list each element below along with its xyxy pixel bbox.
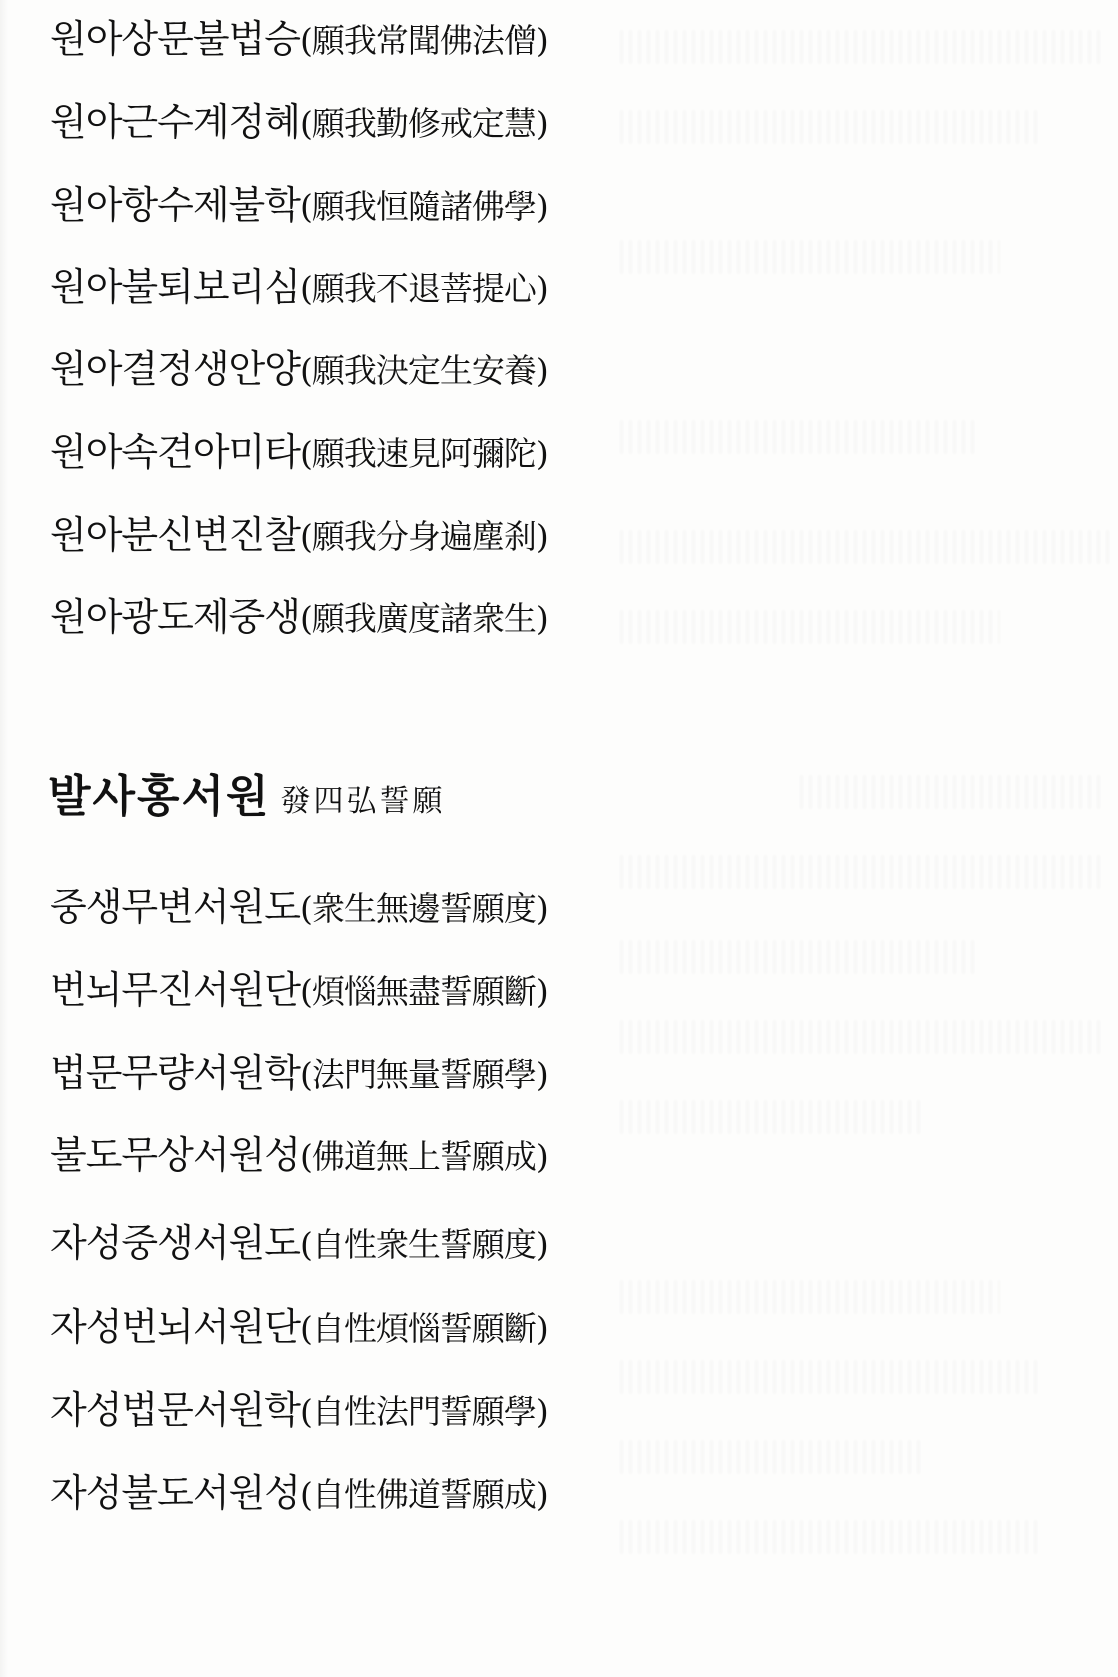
verse-line: 원아항수제불학 (願我恒隨諸佛學) xyxy=(50,186,548,224)
verse-line: 원아속견아미타 (願我速見阿彌陀) xyxy=(50,433,548,471)
verse-hanja: (願我常聞佛法僧) xyxy=(300,24,548,57)
verse-hanja: (願我分身遍塵刹) xyxy=(300,520,548,553)
verse-hanja: (佛道無上誓願成) xyxy=(300,1140,548,1173)
verse-hangul: 원아상문불법승 xyxy=(50,20,300,58)
section-heading: 발사홍서원 發四弘誓願 xyxy=(48,760,446,824)
verse-hanja: (願我勤修戒定慧) xyxy=(300,107,548,140)
verse-hanja: (願我決定生安養) xyxy=(300,354,548,387)
verse-hangul: 번뇌무진서원단 xyxy=(50,971,300,1009)
verse-hangul: 원아결정생안양 xyxy=(50,350,300,388)
verse-line: 원아결정생안양 (願我決定生安養) xyxy=(50,350,548,388)
verse-line: 원아불퇴보리심 (願我不退菩提心) xyxy=(50,268,548,306)
verse-hangul: 원아근수계정혜 xyxy=(50,103,300,141)
verse-line: 법문무량서원학 (法門無量誓願學) xyxy=(50,1054,548,1092)
verse-hangul: 원아속견아미타 xyxy=(50,433,300,471)
verse-hangul: 불도무상서원성 xyxy=(50,1136,300,1174)
verse-hangul: 자성중생서원도 xyxy=(50,1224,300,1262)
verse-hanja: (願我恒隨諸佛學) xyxy=(300,190,548,223)
verse-hangul: 원아항수제불학 xyxy=(50,186,300,224)
document-page: 원아상문불법승 (願我常聞佛法僧) 원아근수계정혜 (願我勤修戒定慧) 원아항수… xyxy=(0,0,1118,1677)
section-title: 발사홍서원 xyxy=(48,760,271,824)
verse-line: 원아분신변진찰 (願我分身遍塵刹) xyxy=(50,516,548,554)
verse-hangul: 자성법문서원학 xyxy=(50,1391,300,1429)
verse-hanja: (自性煩惱誓願斷) xyxy=(300,1312,548,1345)
verse-line: 자성불도서원성 (自性佛道誓願成) xyxy=(50,1474,548,1512)
verse-line: 원아광도제중생 (願我廣度諸衆生) xyxy=(50,598,548,636)
section-subtitle-hanja: 發四弘誓願 xyxy=(281,776,446,820)
verse-hanja: (煩惱無盡誓願斷) xyxy=(300,975,548,1008)
verse-line: 원아근수계정혜 (願我勤修戒定慧) xyxy=(50,103,548,141)
verse-line: 자성중생서원도 (自性衆生誓願度) xyxy=(50,1224,548,1262)
verse-hangul: 자성불도서원성 xyxy=(50,1474,300,1512)
verse-hanja: (自性衆生誓願度) xyxy=(300,1228,548,1261)
verse-line: 불도무상서원성 (佛道無上誓願成) xyxy=(50,1136,548,1174)
verse-line: 번뇌무진서원단 (煩惱無盡誓願斷) xyxy=(50,971,548,1009)
verse-hangul: 자성번뇌서원단 xyxy=(50,1308,300,1346)
verse-hanja: (願我廣度諸衆生) xyxy=(300,602,548,635)
verse-line: 자성법문서원학 (自性法門誓願學) xyxy=(50,1391,548,1429)
verse-hanja: (願我不退菩提心) xyxy=(300,272,548,305)
verse-hanja: (衆生無邊誓願度) xyxy=(300,892,548,925)
verse-hanja: (自性佛道誓願成) xyxy=(300,1478,548,1511)
verse-hanja: (法門無量誓願學) xyxy=(300,1058,548,1091)
verse-hanja: (願我速見阿彌陀) xyxy=(300,437,548,470)
verse-hangul: 원아불퇴보리심 xyxy=(50,268,300,306)
verse-hangul: 원아광도제중생 xyxy=(50,598,300,636)
verse-hangul: 원아분신변진찰 xyxy=(50,516,300,554)
verse-hanja: (自性法門誓願學) xyxy=(300,1395,548,1428)
verse-line: 중생무변서원도 (衆生無邊誓願度) xyxy=(50,888,548,926)
verse-line: 원아상문불법승 (願我常聞佛法僧) xyxy=(50,20,548,58)
verse-hangul: 중생무변서원도 xyxy=(50,888,300,926)
verse-line: 자성번뇌서원단 (自性煩惱誓願斷) xyxy=(50,1308,548,1346)
verse-hangul: 법문무량서원학 xyxy=(50,1054,300,1092)
